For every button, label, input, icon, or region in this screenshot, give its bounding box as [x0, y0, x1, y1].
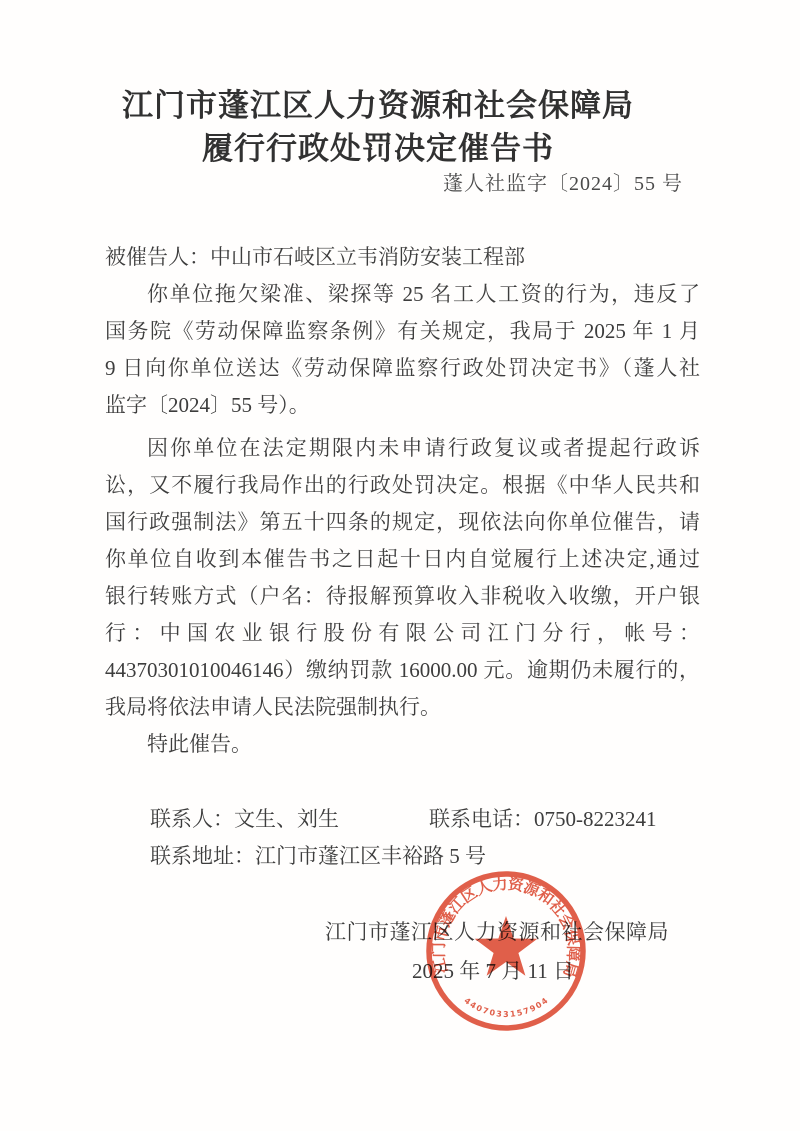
body-line-closing: 特此催告。	[105, 726, 700, 763]
body-line: 国行政强制法》第五十四条的规定，现依法向你单位催告，请	[105, 504, 700, 541]
document-title-line2: 履行行政处罚决定催告书	[0, 127, 756, 170]
body-line: 你单位自收到本催告书之日起十日内自觉履行上述决定,通过	[105, 541, 700, 578]
contact-phone: 联系电话：0750-8223241	[429, 807, 657, 831]
document-body: 被催告人：中山市石岐区立韦消防安装工程部 你单位拖欠梁准、梁探等 25 名工人工…	[105, 239, 700, 763]
body-line: 因你单位在法定期限内未申请行政复议或者提起行政诉	[105, 430, 700, 467]
contact-line-1: 联系人：文生、刘生联系电话：0750-8223241	[150, 801, 710, 838]
body-line: 我局将依法申请人民法院强制执行。	[105, 689, 700, 726]
body-line: 9 日向你单位送达《劳动保障监察行政处罚决定书》（蓬人社	[105, 350, 700, 387]
body-line: 银行转账方式（户名：待报解预算收入非税收入收缴，开户银	[105, 578, 700, 615]
body-line: 监字〔2024〕55 号）。	[105, 387, 700, 424]
document-page: 江门市蓬江区人力资源和社会保障局 履行行政处罚决定催告书 蓬人社监字〔2024〕…	[0, 0, 800, 1131]
document-title-line1: 江门市蓬江区人力资源和社会保障局	[0, 84, 756, 127]
star-icon	[475, 916, 538, 976]
contact-person: 联系人：文生、刘生	[150, 807, 339, 831]
body-line-amount: 44370301010046146）缴纳罚款 16000.00 元。逾期仍未履行…	[105, 652, 700, 689]
body-line-bank: 行：中国农业银行股份有限公司江门分行，帐号：	[105, 615, 700, 652]
seal-serial-holder: 4407033157904	[462, 995, 550, 1019]
document-title: 江门市蓬江区人力资源和社会保障局 履行行政处罚决定催告书	[0, 84, 756, 170]
body-line: 国务院《劳动保障监察条例》有关规定，我局于 2025 年 1 月	[105, 313, 700, 350]
document-number: 蓬人社监字〔2024〕55 号	[443, 170, 683, 198]
official-seal-icon: 江门市蓬江区人力资源和社会保障局 4407033157904	[411, 856, 601, 1046]
body-line-recipient: 被催告人：中山市石岐区立韦消防安装工程部	[105, 239, 700, 276]
body-line: 你单位拖欠梁准、梁探等 25 名工人工资的行为，违反了	[105, 276, 700, 313]
body-line: 讼，又不履行我局作出的行政处罚决定。根据《中华人民共和	[105, 467, 700, 504]
seal-serial: 4407033157904	[462, 995, 550, 1019]
